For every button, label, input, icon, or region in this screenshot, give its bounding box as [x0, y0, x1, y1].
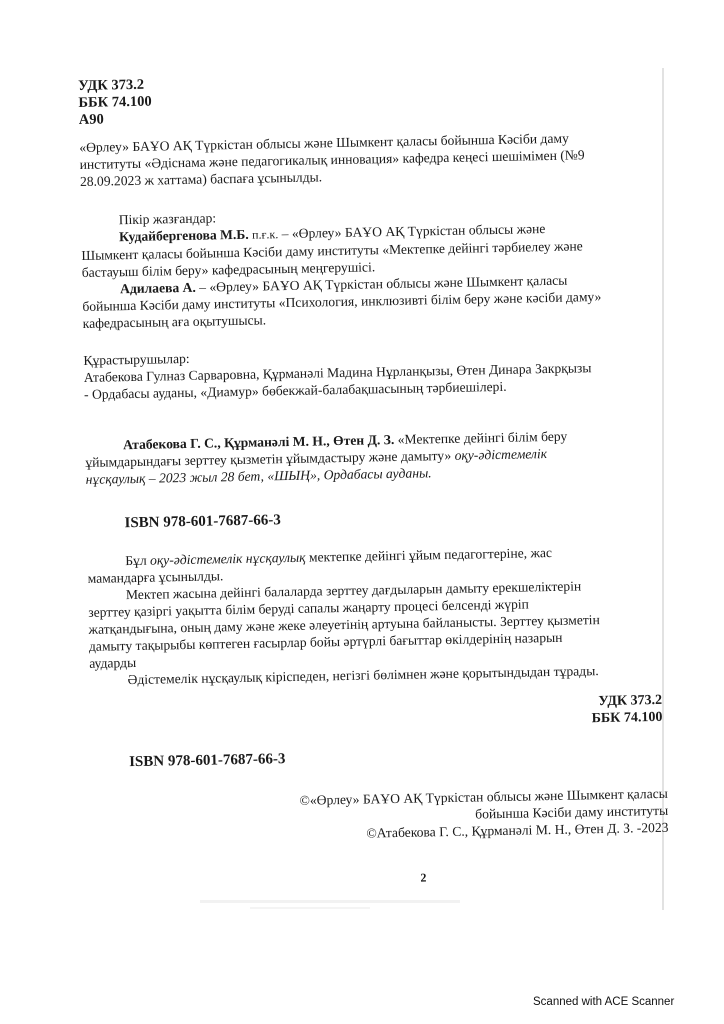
scanner-watermark: Scanned with ACE Scanner [533, 996, 674, 1008]
bleed-through-text [250, 907, 370, 909]
reviewers-section: Пікір жазғандар: Кудайбергенова М.Б. п.ғ… [81, 201, 663, 332]
annotation: Бұл оқу-әдістемелік нұсқаулық мектепке д… [87, 542, 670, 689]
reviewer-2-name: Адилаева А. [120, 280, 196, 296]
document-content: УДК 373.2 ББК 74.100 А90 «Өрлеу» БАҰО АҚ… [78, 67, 674, 892]
reviewer-1-name: Кудайбергенова М.Б. [119, 227, 249, 244]
bleed-through-text [200, 900, 460, 903]
scanned-page: УДК 373.2 ББК 74.100 А90 «Өрлеу» БАҰО АҚ… [0, 0, 724, 1024]
reviewer-1-degree: п.ғ.к. [252, 227, 278, 242]
